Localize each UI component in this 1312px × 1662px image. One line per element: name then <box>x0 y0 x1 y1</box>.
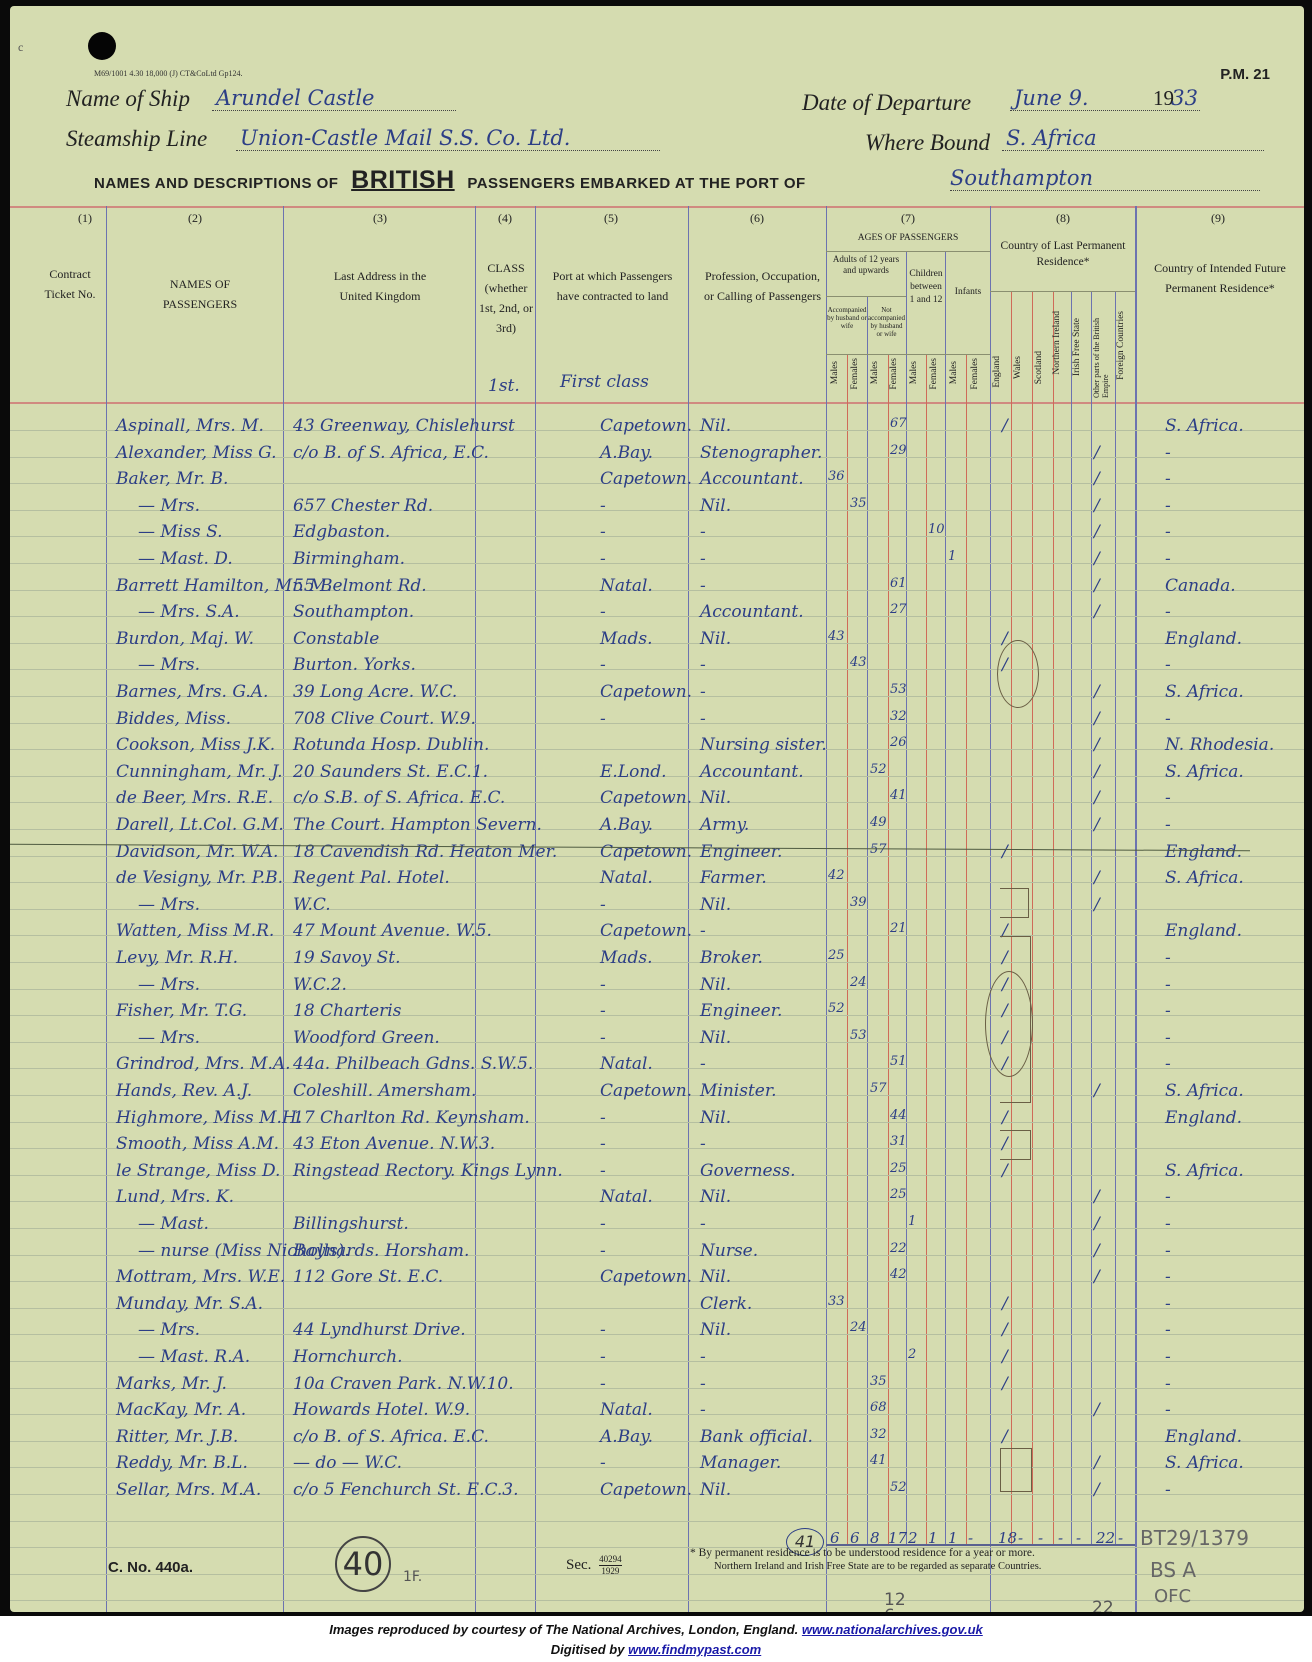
landing-port: - <box>600 709 606 729</box>
passenger-name: — Mrs. <box>138 1320 200 1340</box>
passenger-age: 41 <box>870 1453 887 1468</box>
intended-residence: - <box>1165 496 1171 516</box>
intended-residence: - <box>1165 788 1171 808</box>
passenger-name: de Vesigny, Mr. P.B. <box>116 868 283 888</box>
credit-line-2: Digitised by www.findmypast.com <box>0 1642 1312 1657</box>
intended-residence: - <box>1165 1347 1171 1367</box>
passenger-address: Constable <box>293 629 379 649</box>
landing-port: - <box>600 1134 606 1154</box>
landing-port: - <box>600 1108 606 1128</box>
passenger-name: de Beer, Mrs. R.E. <box>116 788 273 808</box>
passenger-row: — Mrs.Burton. Yorks.--43/- <box>10 655 1304 681</box>
residence-tally-mark: / <box>1002 1347 1008 1367</box>
bound-label: Where Bound <box>865 130 990 156</box>
occupation: - <box>700 1214 706 1234</box>
residence-tally-mark: / <box>1094 1267 1100 1287</box>
other-subtotal: 22 <box>1092 1598 1114 1612</box>
males-label: Males <box>909 361 919 384</box>
intended-residence: - <box>1165 1054 1171 1074</box>
residence-tally-mark: / <box>1094 602 1100 622</box>
passenger-name: Mottram, Mrs. W.E. <box>116 1267 285 1287</box>
passenger-name: — Mrs. <box>138 975 200 995</box>
footnote-line2: Northern Ireland and Irish Free State ar… <box>690 1560 1041 1574</box>
column-total: - <box>1076 1529 1081 1547</box>
intended-residence: - <box>1165 469 1171 489</box>
landing-port: - <box>600 1374 606 1394</box>
occupation: Nil. <box>700 975 731 995</box>
landing-port: Mads. <box>600 629 653 649</box>
passenger-name: — Mrs. S.A. <box>138 602 240 622</box>
section-reference: Sec. 402941929 <box>566 1554 622 1577</box>
landing-port: - <box>600 522 606 542</box>
passenger-age: 36 <box>828 469 845 484</box>
passenger-name: Burdon, Maj. W. <box>116 629 254 649</box>
sec-top: 40294 <box>599 1554 622 1566</box>
passenger-row: MacKay, Mr. A.Howards Hotel. W.9.Natal.-… <box>10 1400 1304 1426</box>
landing-port: - <box>600 549 606 569</box>
passenger-name: Smooth, Miss A.M. <box>116 1134 279 1154</box>
intended-residence: - <box>1165 709 1171 729</box>
occupation: - <box>700 1134 706 1154</box>
pencil-circle <box>997 640 1039 708</box>
pencil-note-bsa: BS A <box>1150 1558 1196 1582</box>
passenger-row: Cookson, Miss J.K.Rotunda Hosp. Dublin.N… <box>10 735 1304 761</box>
residence-irish-free-state-label: Irish Free State <box>1072 318 1082 376</box>
occupation: Nil. <box>700 416 731 436</box>
column-total: 8 <box>870 1529 880 1547</box>
passenger-age: 51 <box>890 1054 907 1069</box>
landing-port: Natal. <box>600 868 653 888</box>
intended-residence: S. Africa. <box>1165 762 1244 782</box>
passenger-age: 39 <box>850 895 867 910</box>
intended-residence: England. <box>1165 842 1242 862</box>
occupation: Governess. <box>700 1161 795 1181</box>
line-label: Steamship Line <box>66 126 207 152</box>
adults-header: Adults of 12 years and upwards <box>828 254 904 276</box>
landing-port: A.Bay. <box>600 1427 653 1447</box>
passenger-name: Grindrod, Mrs. M.A. <box>116 1054 291 1074</box>
passenger-name: Highmore, Miss M.H. <box>116 1108 302 1128</box>
occupation: Nil. <box>700 1267 731 1287</box>
passenger-name: Reddy, Mr. B.L. <box>116 1453 248 1473</box>
col1-number: (1) <box>70 211 100 226</box>
passenger-age: 27 <box>890 602 907 617</box>
passenger-age: 25 <box>890 1187 907 1202</box>
residence-tally-mark: / <box>1094 549 1100 569</box>
passenger-age: 44 <box>890 1108 907 1123</box>
residence-tally-mark: / <box>1002 1294 1008 1314</box>
subtotal-b: 6 <box>884 1606 895 1612</box>
col2-header: NAMES OF PASSENGERS <box>150 274 250 314</box>
passenger-name: Baker, Mr. B. <box>116 469 228 489</box>
passenger-name: Lund, Mrs. K. <box>116 1187 234 1207</box>
footnote-line1: * By permanent residence is to be unders… <box>690 1546 1041 1560</box>
passenger-row: Aspinall, Mrs. M.43 Greenway, Chislehurs… <box>10 416 1304 442</box>
landing-port: - <box>600 1161 606 1181</box>
credit-text-2: Digitised by <box>551 1642 625 1657</box>
passenger-age: 24 <box>850 1320 867 1335</box>
passenger-name: Munday, Mr. S.A. <box>116 1294 263 1314</box>
residence-tally-mark: / <box>1094 522 1100 542</box>
passenger-row: Cunningham, Mr. J.20 Saunders St. E.C.1.… <box>10 762 1304 788</box>
occupation: Nurse. <box>700 1241 758 1261</box>
passenger-age: 24 <box>850 975 867 990</box>
occupation: Farmer. <box>700 868 767 888</box>
pencil-box <box>1000 1448 1032 1492</box>
passenger-name: Cunningham, Mr. J. <box>116 762 283 782</box>
passenger-name: — Mast. D. <box>138 549 233 569</box>
residence-tally-mark: / <box>1002 842 1008 862</box>
landing-port: E.Lond. <box>600 762 667 782</box>
intended-residence: - <box>1165 815 1171 835</box>
passenger-address: 18 Charteris <box>293 1001 401 1021</box>
credit-line-1: Images reproduced by courtesy of The Nat… <box>0 1622 1312 1637</box>
landing-port: - <box>600 1320 606 1340</box>
column-total: 1 <box>948 1529 958 1547</box>
landing-port: Capetown. <box>600 842 692 862</box>
landing-port: - <box>600 975 606 995</box>
passenger-address: Edgbaston. <box>293 522 390 542</box>
departure-day: June 9. <box>1014 86 1089 110</box>
passenger-address: Hornchurch. <box>293 1347 403 1367</box>
passenger-age: 35 <box>850 496 867 511</box>
passenger-age: 53 <box>890 682 907 697</box>
passenger-address: Regent Pal. Hotel. <box>293 868 450 888</box>
passenger-name: Ritter, Mr. J.B. <box>116 1427 238 1447</box>
males-label: Males <box>949 361 959 384</box>
intended-residence: - <box>1165 522 1171 542</box>
landing-port: Capetown. <box>600 682 692 702</box>
passenger-address: — do — W.C. <box>293 1453 402 1473</box>
col1-header: Contract Ticket No. <box>40 264 100 304</box>
passenger-address: Southampton. <box>293 602 414 622</box>
intended-residence: S. Africa. <box>1165 416 1244 436</box>
occupation: Clerk. <box>700 1294 752 1314</box>
header-top-rule <box>10 206 1304 208</box>
intended-residence: - <box>1165 1267 1171 1287</box>
national-archives-link[interactable]: www.nationalarchives.gov.uk <box>802 1622 983 1637</box>
occupation: Nil. <box>700 1028 731 1048</box>
occupation: Broker. <box>700 948 763 968</box>
landing-port: Natal. <box>600 1054 653 1074</box>
passenger-address: c/o B. of S. Africa. E.C. <box>293 1427 489 1447</box>
year-suffix: 33 <box>1171 86 1198 110</box>
passenger-address: Ringstead Rectory. Kings Lynn. <box>293 1161 563 1181</box>
margin-mark: c <box>18 40 23 55</box>
occupation: Stenographer. <box>700 443 822 463</box>
passenger-row: Mottram, Mrs. W.E.112 Gore St. E.C.Capet… <box>10 1267 1304 1293</box>
landing-port: Capetown. <box>600 788 692 808</box>
passenger-address: Coleshill. Amersham. <box>293 1081 476 1101</box>
passenger-age: 10 <box>928 522 945 537</box>
col7-header: AGES OF PASSENGERS <box>826 228 990 248</box>
residence-tally-mark: / <box>1094 868 1100 888</box>
passenger-name: Marks, Mr. J. <box>116 1374 227 1394</box>
passenger-age: 33 <box>828 1294 845 1309</box>
residence-northern-ireland-label: Northern Ireland <box>1052 311 1062 375</box>
passenger-row: Grindrod, Mrs. M.A.44a. Philbeach Gdns. … <box>10 1054 1304 1080</box>
subheader-rule <box>826 251 990 252</box>
males-label: Males <box>870 361 880 384</box>
ship-name: Arundel Castle <box>212 86 456 111</box>
passenger-address: Burton. Yorks. <box>293 655 416 675</box>
intended-residence: England. <box>1165 1427 1242 1447</box>
residence-tally-mark: / <box>1094 709 1100 729</box>
passenger-name: — Mrs. <box>138 895 200 915</box>
accompanied-header: Accompanied by husband or wife <box>827 306 867 330</box>
intended-residence: - <box>1165 1294 1171 1314</box>
landing-port: - <box>600 1347 606 1367</box>
passenger-row: Darell, Lt.Col. G.M.The Court. Hampton S… <box>10 815 1304 841</box>
col2-number: (2) <box>180 211 210 226</box>
passenger-name: Alexander, Miss G. <box>116 443 277 463</box>
passenger-name: Watten, Miss M.R. <box>116 921 274 941</box>
column-total: 17 <box>888 1529 907 1547</box>
passenger-age: 43 <box>850 655 867 670</box>
residence-tally-mark: / <box>1002 1427 1008 1447</box>
intended-residence: - <box>1165 1241 1171 1261</box>
column-total: - <box>968 1529 973 1547</box>
col9-number: (9) <box>1203 211 1233 226</box>
passenger-name: — Mrs. <box>138 1028 200 1048</box>
residence-tally-mark: / <box>1094 1400 1100 1420</box>
passenger-row: Burdon, Maj. W.ConstableMads.Nil.43/Engl… <box>10 629 1304 655</box>
passenger-age: 31 <box>890 1134 907 1149</box>
passenger-name: Darell, Lt.Col. G.M. <box>116 815 284 835</box>
occupation: Minister. <box>700 1081 777 1101</box>
col7-number: (7) <box>893 211 923 226</box>
passenger-row: le Strange, Miss D.Ringstead Rectory. Ki… <box>10 1161 1304 1187</box>
residence-british-empire-label: Other parts of the British Empire <box>1092 318 1110 398</box>
females-label: Females <box>970 358 980 390</box>
passenger-row: — Mast. D.Birmingham.--1/- <box>10 549 1304 575</box>
passenger-address: Howards Hotel. W.9. <box>293 1400 470 1420</box>
sec-bottom: 1929 <box>599 1566 622 1577</box>
passenger-address: 19 Savoy St. <box>293 948 401 968</box>
passenger-address: 17 Charlton Rd. Keynsham. <box>293 1108 530 1128</box>
occupation: - <box>700 1347 706 1367</box>
title-prefix: NAMES AND DESCRIPTIONS OF <box>94 175 338 192</box>
passenger-age: 25 <box>890 1161 907 1176</box>
header-bottom-rule <box>10 402 1304 404</box>
residence-foreign-label: Foreign Countries <box>1116 311 1126 380</box>
pencil-note-ofc: OFC <box>1154 1586 1191 1607</box>
landing-port: A.Bay. <box>600 443 653 463</box>
passenger-row: de Beer, Mrs. R.E.c/o S.B. of S. Africa.… <box>10 788 1304 814</box>
passenger-row: — Miss S.Edgbaston.--10/- <box>10 522 1304 548</box>
occupation: - <box>700 549 706 569</box>
passenger-age: 26 <box>890 735 907 750</box>
passenger-address: 44a. Philbeach Gdns. S.W.5. <box>293 1054 533 1074</box>
page-number-circled: 40 <box>335 1536 391 1592</box>
passenger-address: W.C.2. <box>293 975 347 995</box>
steamship-line: Union-Castle Mail S.S. Co. Ltd. <box>236 126 660 151</box>
landing-port: Capetown. <box>600 1081 692 1101</box>
intended-residence: - <box>1165 1480 1171 1500</box>
occupation: Nil. <box>700 1480 731 1500</box>
passenger-address: Birmingham. <box>293 549 405 569</box>
page-note: 1F. <box>403 1569 422 1585</box>
col5-number: (5) <box>596 211 626 226</box>
passenger-row: — Mrs.W.C.2.-Nil.24/- <box>10 975 1304 1001</box>
col4-number: (4) <box>490 211 520 226</box>
where-bound: S. Africa <box>1002 126 1264 151</box>
class-value: 1st. <box>488 376 520 396</box>
title-british: BRITISH <box>351 166 455 194</box>
landing-port: - <box>600 895 606 915</box>
occupation: Nil. <box>700 629 731 649</box>
passenger-address: 10a Craven Park. N.W.10. <box>293 1374 514 1394</box>
passenger-address: c/o S.B. of S. Africa. E.C. <box>293 788 505 808</box>
sec-fraction: 402941929 <box>599 1554 622 1577</box>
landing-port: Capetown. <box>600 469 692 489</box>
passenger-row: Munday, Mr. S.A.Clerk.33/- <box>10 1294 1304 1320</box>
passenger-address: Billingshurst. <box>293 1214 409 1234</box>
passenger-age: 52 <box>890 1480 907 1495</box>
sec-label: Sec. <box>566 1557 591 1573</box>
passenger-name: Aspinall, Mrs. M. <box>116 416 264 436</box>
pencil-box <box>1000 1130 1031 1160</box>
landing-port: - <box>600 1453 606 1473</box>
pencil-box <box>1000 888 1029 918</box>
passenger-age: 29 <box>890 443 907 458</box>
occupation: - <box>700 709 706 729</box>
passenger-age: 49 <box>870 815 887 830</box>
passenger-age: 52 <box>870 762 887 777</box>
passenger-row: — Mast.Billingshurst.--1/- <box>10 1214 1304 1240</box>
residence-tally-mark: / <box>1094 1480 1100 1500</box>
passenger-name: Sellar, Mrs. M.A. <box>116 1480 261 1500</box>
landing-port: Capetown. <box>600 416 692 436</box>
passenger-row: Barnes, Mrs. G.A.39 Long Acre. W.C.Capet… <box>10 682 1304 708</box>
landing-port: - <box>600 1001 606 1021</box>
col6-number: (6) <box>742 211 772 226</box>
passenger-row: Marks, Mr. J.10a Craven Park. N.W.10.--3… <box>10 1374 1304 1400</box>
passenger-name: Biddes, Miss. <box>116 709 231 729</box>
embark-port: Southampton <box>950 166 1260 191</box>
passenger-address: 112 Gore St. E.C. <box>293 1267 443 1287</box>
passenger-row: Reddy, Mr. B.L.— do — W.C.-Manager.41/S.… <box>10 1453 1304 1479</box>
passenger-age: 25 <box>828 948 845 963</box>
passenger-age: 41 <box>890 788 907 803</box>
passenger-row: — Mast. R.A.Hornchurch.--2/- <box>10 1347 1304 1373</box>
passenger-row: Sellar, Mrs. M.A.c/o 5 Fenchurch St. E.C… <box>10 1480 1304 1506</box>
residence-tally-mark: / <box>1094 735 1100 755</box>
passenger-age: 32 <box>890 709 907 724</box>
occupation: - <box>700 655 706 675</box>
intended-residence: S. Africa. <box>1165 682 1244 702</box>
passenger-address: Woodford Green. <box>293 1028 440 1048</box>
landing-port: Capetown. <box>600 1480 692 1500</box>
findmypast-link[interactable]: www.findmypast.com <box>628 1642 761 1657</box>
departure-date: June 9. 19 33 <box>1010 86 1200 111</box>
passenger-row: — Mrs.Woodford Green.-Nil.53/- <box>10 1028 1304 1054</box>
occupation: Accountant. <box>700 762 804 782</box>
passenger-row: — Mrs.W.C.-Nil.39/ <box>10 895 1304 921</box>
passenger-name: — Mrs. <box>138 655 200 675</box>
occupation: Nil. <box>700 895 731 915</box>
col3-number: (3) <box>365 211 395 226</box>
occupation: Accountant. <box>700 602 804 622</box>
passenger-address: 44 Lyndhurst Drive. <box>293 1320 466 1340</box>
landing-port: Natal. <box>600 576 653 596</box>
passenger-age: 42 <box>890 1267 907 1282</box>
residence-tally-mark: / <box>1094 469 1100 489</box>
residence-tally-mark: / <box>1094 762 1100 782</box>
passenger-row: Watten, Miss M.R.47 Mount Avenue. W.5.Ca… <box>10 921 1304 947</box>
not-accompanied-header: Not accompanied by husband or wife <box>867 306 906 338</box>
occupation: Engineer. <box>700 1001 782 1021</box>
column-total: 6 <box>830 1529 840 1547</box>
passenger-name: Hands, Rev. A.J. <box>116 1081 252 1101</box>
intended-residence: - <box>1165 1214 1171 1234</box>
occupation: Nil. <box>700 1187 731 1207</box>
residence-tally-mark: / <box>1002 1320 1008 1340</box>
landing-port: Natal. <box>600 1187 653 1207</box>
column-total: - <box>1058 1529 1063 1547</box>
landing-port: - <box>600 1028 606 1048</box>
passenger-row: Fisher, Mr. T.G.18 Charteris-Engineer.52… <box>10 1001 1304 1027</box>
passenger-row: Smooth, Miss A.M.43 Eton Avenue. N.W.3.-… <box>10 1134 1304 1160</box>
column-total: 18 <box>998 1529 1017 1547</box>
residence-tally-mark: / <box>1094 1214 1100 1234</box>
passenger-name: Levy, Mr. R.H. <box>116 948 238 968</box>
residence-tally-mark: / <box>1002 1108 1008 1128</box>
passenger-address: 43 Greenway, Chislehurst <box>293 416 515 436</box>
passenger-name: Cookson, Miss J.K. <box>116 735 275 755</box>
occupation: - <box>700 682 706 702</box>
occupation: Army. <box>700 815 749 835</box>
occupation: Nursing sister. <box>700 735 827 755</box>
column-total: 6 <box>850 1529 860 1547</box>
departure-label: Date of Departure <box>802 90 971 116</box>
archive-reference: BT29/1379 <box>1140 1526 1249 1550</box>
intended-residence: - <box>1165 443 1171 463</box>
passenger-address: c/o 5 Fenchurch St. E.C.3. <box>293 1480 519 1500</box>
occupation: - <box>700 1400 706 1420</box>
intended-residence: England. <box>1165 921 1242 941</box>
passenger-row: Ritter, Mr. J.B.c/o B. of S. Africa. E.C… <box>10 1427 1304 1453</box>
residence-tally-mark: / <box>1002 1161 1008 1181</box>
passenger-name: — Mrs. <box>138 496 200 516</box>
residence-tally-mark: / <box>1094 496 1100 516</box>
passenger-row: — Mrs.44 Lyndhurst Drive.-Nil.24/- <box>10 1320 1304 1346</box>
passenger-row: Lund, Mrs. K.Natal.Nil.25/- <box>10 1187 1304 1213</box>
passenger-age: 1 <box>908 1214 916 1229</box>
passenger-address: c/o B. of S. Africa, E.C. <box>293 443 489 463</box>
subheader-rule <box>826 354 990 355</box>
passenger-age: 53 <box>850 1028 867 1043</box>
passenger-age: 52 <box>828 1001 845 1016</box>
intended-residence: - <box>1165 549 1171 569</box>
females-label: Females <box>889 358 899 390</box>
intended-residence: - <box>1165 1320 1171 1340</box>
occupation: Engineer. <box>700 842 782 862</box>
residence-tally-mark: / <box>1094 1453 1100 1473</box>
passenger-row: Baker, Mr. B.Capetown.Accountant.36/- <box>10 469 1304 495</box>
occupation: - <box>700 522 706 542</box>
passenger-name: MacKay, Mr. A. <box>116 1400 246 1420</box>
occupation: - <box>700 1374 706 1394</box>
intended-residence: S. Africa. <box>1165 1081 1244 1101</box>
column-total: - <box>1118 1529 1123 1547</box>
intended-residence: - <box>1165 975 1171 995</box>
ruled-line <box>10 1547 1304 1548</box>
passenger-address: The Court. Hampton Severn. <box>293 815 542 835</box>
ship-label: Name of Ship <box>66 86 190 112</box>
col9-header: Country of Intended Future Permanent Res… <box>1145 258 1295 298</box>
intended-residence: - <box>1165 1001 1171 1021</box>
